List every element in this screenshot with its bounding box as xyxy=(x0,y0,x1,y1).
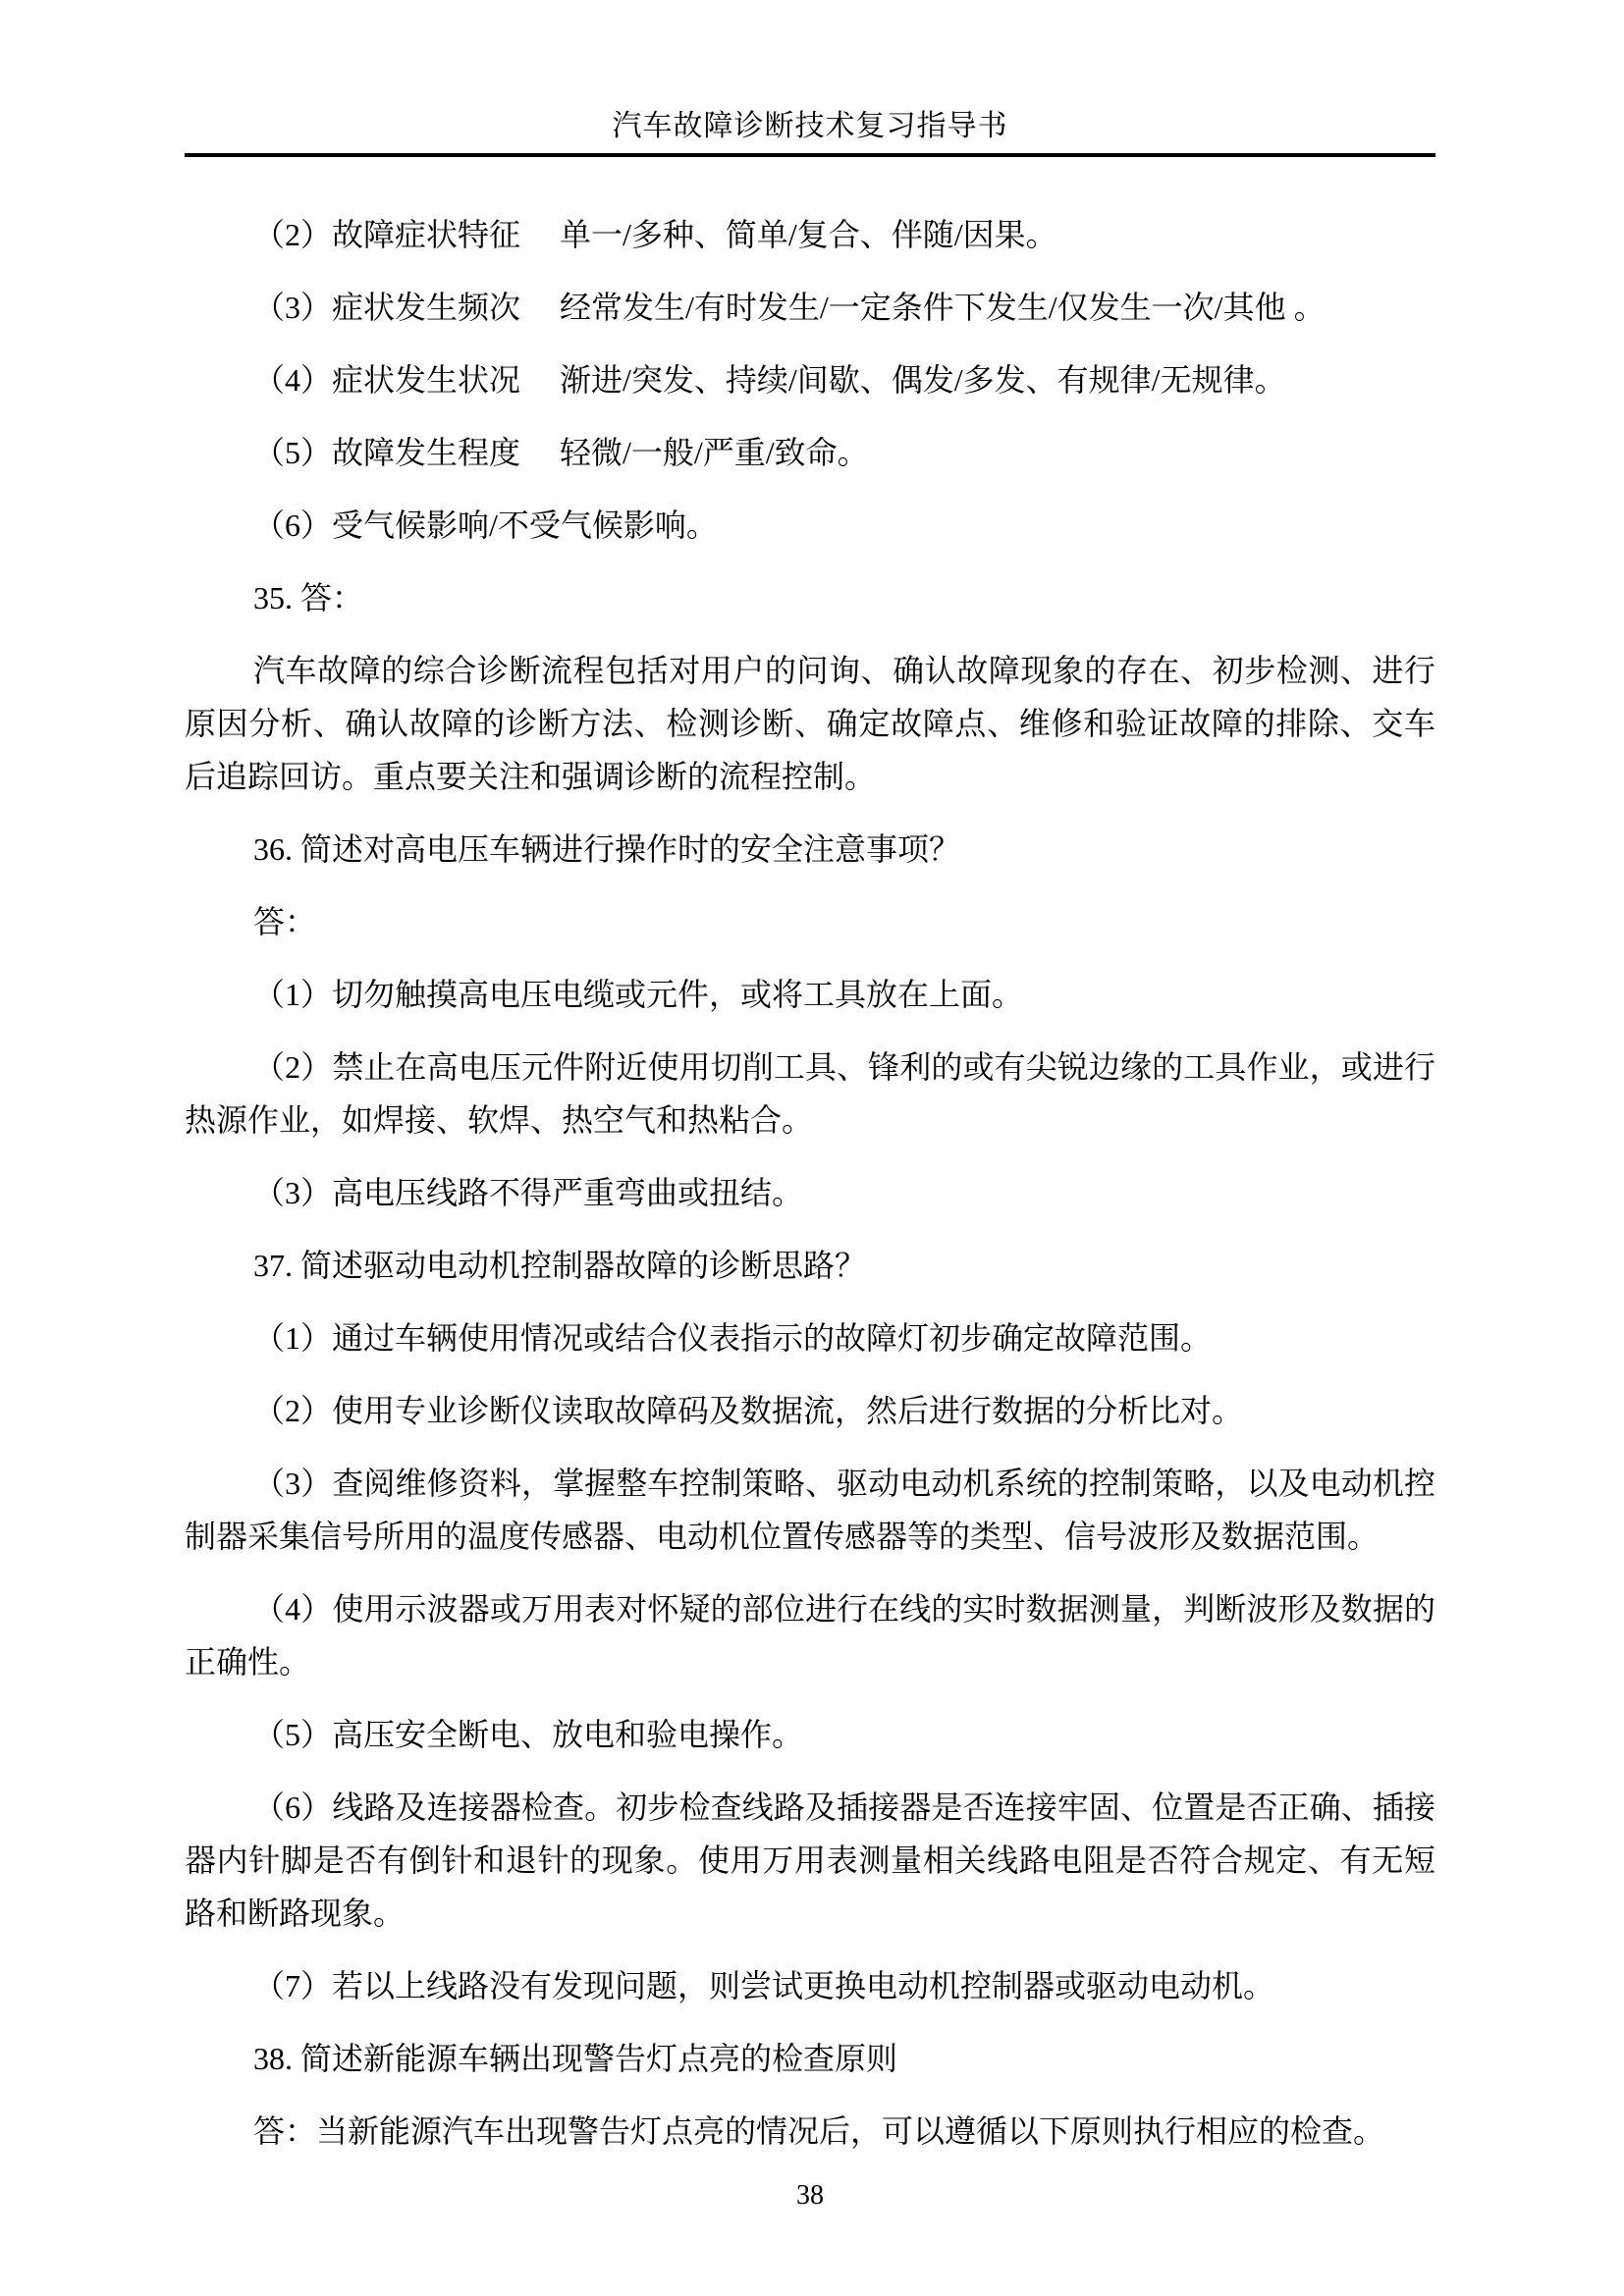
paragraph: （2）禁止在高电压元件附近使用切削工具、锋利的或有尖锐边缘的工具作业，或进行热源… xyxy=(185,1041,1435,1147)
page-content: 汽车故障诊断技术复习指导书 （2）故障症状特征 单一/多种、简单/复合、伴随/因… xyxy=(0,0,1624,2213)
document-body: （2）故障症状特征 单一/多种、简单/复合、伴随/因果。（3）症状发生频次 经常… xyxy=(185,208,1435,2158)
paragraph: （5）高压安全断电、放电和验电操作。 xyxy=(185,1708,1435,1761)
paragraph: （1）通过车辆使用情况或结合仪表指示的故障灯初步确定故障范围。 xyxy=(185,1311,1435,1364)
paragraph: （4）症状发生状况 渐进/突发、持续/间歇、偶发/多发、有规律/无规律。 xyxy=(185,353,1435,406)
paragraph: （1）切勿触摸高电压电缆或元件，或将工具放在上面。 xyxy=(185,968,1435,1021)
paragraph: （5）故障发生程度 轻微/一般/严重/致命。 xyxy=(185,426,1435,479)
paragraph: 37. 简述驱动电动机控制器故障的诊断思路？ xyxy=(185,1239,1435,1292)
paragraph: 35. 答： xyxy=(185,571,1435,624)
paragraph: 36. 简述对高电压车辆进行操作时的安全注意事项？ xyxy=(185,823,1435,876)
paragraph: （4）使用示波器或万用表对怀疑的部位进行在线的实时数据测量，判断波形及数据的正确… xyxy=(185,1582,1435,1688)
paragraph: （2）故障症状特征 单一/多种、简单/复合、伴随/因果。 xyxy=(185,208,1435,261)
paragraph: 38. 简述新能源车辆出现警告灯点亮的检查原则 xyxy=(185,2032,1435,2085)
paragraph: （3）高电压线路不得严重弯曲或扭结。 xyxy=(185,1166,1435,1219)
paragraph: （6）线路及连接器检查。初步检查线路及插接器是否连接牢固、位置是否正确、插接器内… xyxy=(185,1781,1435,1940)
paragraph: 汽车故障的综合诊断流程包括对用户的问询、确认故障现象的存在、初步检测、进行原因分… xyxy=(185,644,1435,803)
paragraph: 答： xyxy=(185,895,1435,948)
paragraph: 答：当新能源汽车出现警告灯点亮的情况后，可以遵循以下原则执行相应的检查。 xyxy=(185,2105,1435,2158)
paragraph: （3）查阅维修资料，掌握整车控制策略、驱动电动机系统的控制策略，以及电动机控制器… xyxy=(185,1457,1435,1563)
document-page: { "header": { "title": "汽车故障诊断技术复习指导书" }… xyxy=(0,0,1624,2296)
paragraph: （2）使用专业诊断仪读取故障码及数据流，然后进行数据的分析比对。 xyxy=(185,1384,1435,1437)
page-header: 汽车故障诊断技术复习指导书 xyxy=(185,110,1435,157)
page-number: 38 xyxy=(796,2180,824,2211)
page-footer: 38 xyxy=(185,2179,1435,2213)
header-title: 汽车故障诊断技术复习指导书 xyxy=(185,110,1435,143)
paragraph: （6）受气候影响/不受气候影响。 xyxy=(185,499,1435,552)
paragraph: （7）若以上线路没有发现问题，则尝试更换电动机控制器或驱动电动机。 xyxy=(185,1959,1435,2012)
paragraph: （3）症状发生频次 经常发生/有时发生/一定条件下发生/仅发生一次/其他 。 xyxy=(185,281,1435,334)
